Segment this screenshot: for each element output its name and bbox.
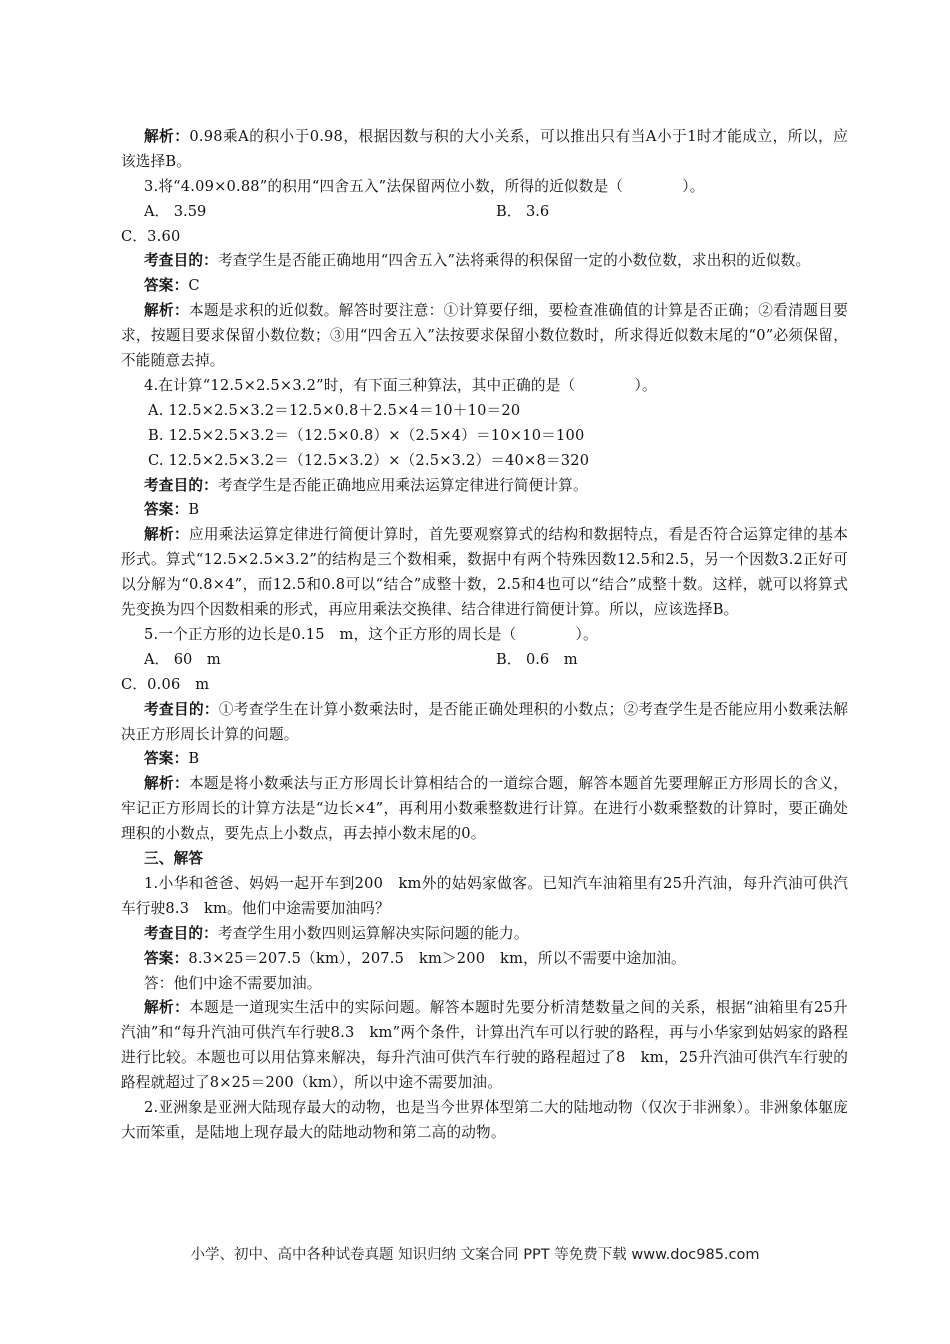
q4-answer: 答案：B bbox=[121, 498, 848, 523]
q2-analysis: 解析：0.98乘A的积小于0.98，根据因数与积的大小关系，可以推出只有当A小于… bbox=[121, 125, 848, 175]
q5-option-b: B． 0.6 m bbox=[496, 648, 578, 673]
answer-label: 答案： bbox=[144, 501, 188, 518]
answer-text: C bbox=[188, 277, 199, 294]
q4-option-c: C. 12.5×2.5×3.2＝（12.5×3.2）×（2.5×3.2）＝40×… bbox=[121, 449, 848, 474]
q5-analysis: 解析：本题是将小数乘法与正方形周长计算相结合的一道综合题，解答本题首先要理解正方… bbox=[121, 772, 848, 847]
analysis-label: 解析： bbox=[144, 526, 189, 543]
document-page: 解析：0.98乘A的积小于0.98，根据因数与积的大小关系，可以推出只有当A小于… bbox=[0, 0, 950, 1344]
q5-option-c: C．0.06 m bbox=[121, 673, 848, 698]
q4-analysis: 解析：应用乘法运算定律进行简便计算时，首先要观察算式的结构和数据特点，看是否符合… bbox=[121, 523, 848, 623]
q3-option-c: C．3.60 bbox=[121, 225, 848, 250]
analysis-text: 应用乘法运算定律进行简便计算时，首先要观察算式的结构和数据特点，看是否符合运算定… bbox=[121, 526, 848, 618]
s3q1-purpose: 考查目的：考查学生用小数四则运算解决实际问题的能力。 bbox=[121, 922, 848, 947]
answer-text: B bbox=[188, 750, 199, 767]
analysis-text: 本题是将小数乘法与正方形周长计算相结合的一道综合题，解答本题首先要理解正方形周长… bbox=[121, 775, 848, 842]
answer-text: 8.3×25＝207.5（km），207.5 km＞200 km，所以不需要中途… bbox=[188, 950, 685, 967]
q5-stem: 5.一个正方形的边长是0.15 m，这个正方形的周长是（ ）。 bbox=[121, 623, 848, 648]
purpose-text: 考查学生是否能正确地应用乘法运算定律进行简便计算。 bbox=[218, 477, 588, 494]
q4-purpose: 考查目的：考查学生是否能正确地应用乘法运算定律进行简便计算。 bbox=[121, 474, 848, 499]
analysis-label: 解析： bbox=[144, 775, 189, 792]
analysis-text: 本题是求积的近似数。解答时要注意：①计算要仔细，要检查准确值的计算是否正确；②看… bbox=[121, 302, 848, 369]
q3-options-row: A． 3.59 B． 3.6 bbox=[121, 200, 848, 225]
s3q1-answer: 答案：8.3×25＝207.5（km），207.5 km＞200 km，所以不需… bbox=[121, 947, 848, 972]
analysis-label: 解析： bbox=[144, 999, 189, 1016]
q4-option-b: B. 12.5×2.5×3.2＝（12.5×0.8）×（2.5×4）＝10×10… bbox=[121, 424, 848, 449]
purpose-label: 考查目的： bbox=[144, 701, 219, 718]
q5-options-row: A． 60 m B． 0.6 m bbox=[121, 648, 848, 673]
answer-label: 答案： bbox=[144, 277, 188, 294]
s3q1-analysis: 解析：本题是一道现实生活中的实际问题。解答本题时先要分析清楚数量之间的关系，根据… bbox=[121, 996, 848, 1096]
q3-stem: 3.将“4.09×0.88”的积用“四舍五入”法保留两位小数，所得的近似数是（ … bbox=[121, 175, 848, 200]
purpose-text: 考查学生是否能正确地用“四舍五入”法将乘得的积保留一定的小数位数，求出积的近似数… bbox=[218, 252, 810, 269]
q5-purpose: 考查目的：①考查学生在计算小数乘法时，是否能正确处理积的小数点；②考查学生是否能… bbox=[121, 698, 848, 748]
answer-label: 答案： bbox=[144, 950, 188, 967]
q4-stem: 4.在计算“12.5×2.5×3.2”时，有下面三种算法，其中正确的是（ ）。 bbox=[121, 374, 848, 399]
s3q2-stem: 2.亚洲象是亚洲大陆现存最大的动物，也是当今世界体型第二大的陆地动物（仅次于非洲… bbox=[121, 1096, 848, 1146]
s3q1-reply: 答：他们中途不需要加油。 bbox=[121, 972, 848, 997]
answer-text: B bbox=[188, 501, 199, 518]
q3-purpose: 考查目的：考查学生是否能正确地用“四舍五入”法将乘得的积保留一定的小数位数，求出… bbox=[121, 249, 848, 274]
purpose-label: 考查目的： bbox=[144, 252, 218, 269]
q3-analysis: 解析：本题是求积的近似数。解答时要注意：①计算要仔细，要检查准确值的计算是否正确… bbox=[121, 299, 848, 374]
page-content: 解析：0.98乘A的积小于0.98，根据因数与积的大小关系，可以推出只有当A小于… bbox=[121, 125, 848, 1146]
answer-label: 答案： bbox=[144, 750, 188, 767]
analysis-text: 0.98乘A的积小于0.98，根据因数与积的大小关系，可以推出只有当A小于1时才… bbox=[121, 128, 848, 170]
analysis-label: 解析： bbox=[144, 302, 189, 319]
q5-answer: 答案：B bbox=[121, 747, 848, 772]
q5-option-a: A． 60 m bbox=[144, 648, 221, 673]
purpose-label: 考查目的： bbox=[144, 477, 218, 494]
analysis-label: 解析： bbox=[144, 128, 189, 145]
q3-answer: 答案：C bbox=[121, 274, 848, 299]
purpose-label: 考查目的： bbox=[144, 925, 218, 942]
page-footer: 小学、初中、高中各种试卷真题 知识归纳 文案合同 PPT 等免费下载 www.d… bbox=[0, 1243, 950, 1264]
q3-option-b: B． 3.6 bbox=[496, 200, 549, 225]
q3-option-a: A． 3.59 bbox=[144, 200, 206, 225]
s3q1-stem: 1.小华和爸爸、妈妈一起开车到200 km外的姑妈家做客。已知汽车油箱里有25升… bbox=[121, 872, 848, 922]
purpose-text: ①考查学生在计算小数乘法时，是否能正确处理积的小数点；②考查学生是否能应用小数乘… bbox=[121, 701, 848, 743]
analysis-text: 本题是一道现实生活中的实际问题。解答本题时先要分析清楚数量之间的关系，根据“油箱… bbox=[121, 999, 848, 1091]
section-heading: 三、解答 bbox=[121, 847, 848, 872]
q4-option-a: A. 12.5×2.5×3.2＝12.5×0.8＋2.5×4＝10＋10＝20 bbox=[121, 399, 848, 424]
purpose-text: 考查学生用小数四则运算解决实际问题的能力。 bbox=[218, 925, 529, 942]
